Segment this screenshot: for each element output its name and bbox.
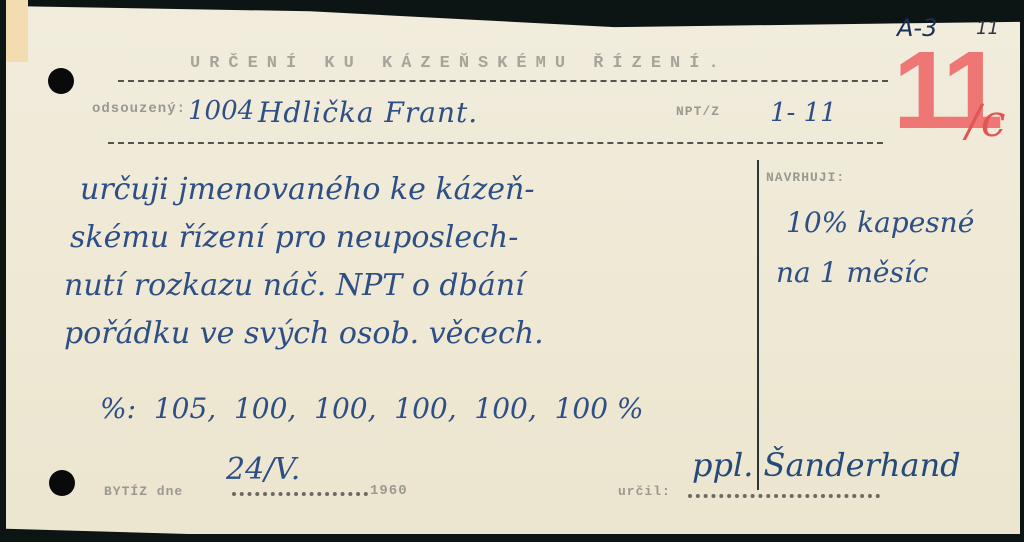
body-line-4: pořádku ve svých osob. věcech.	[64, 316, 544, 351]
date-year: 1960	[370, 483, 408, 499]
paper-tab-strip	[6, 0, 28, 62]
body-line-1: určuji jmenovaného ke kázeň-	[80, 172, 534, 207]
signature: ppl. Šanderhand	[692, 446, 961, 484]
performance-percentages: %: 105, 100, 100, 100, 100, 100 %	[100, 392, 644, 425]
body-line-3: nutí rozkazu náč. NPT o dbání	[64, 268, 525, 303]
unit-value: 1- 11	[770, 98, 837, 128]
date-handwritten: 24/V.	[226, 452, 300, 487]
body-line-2: skému řízení pro neuposlech-	[70, 220, 518, 255]
signer-label: určil:	[618, 484, 671, 499]
red-stamp-suffix: /c	[966, 96, 1005, 147]
proposal-line-2: na 1 měsíc	[776, 256, 928, 289]
convict-label: odsouzený:	[92, 101, 186, 117]
unit-label: NPT/Z	[676, 104, 720, 119]
signature-dotted-line	[688, 494, 880, 498]
punch-hole-bottom	[49, 470, 75, 496]
proposal-line-1: 10% kapesné	[786, 206, 974, 239]
punch-hole-top	[48, 68, 74, 94]
convict-name: Hdlička Frant.	[258, 96, 478, 129]
place-label: BYTÍZ dne	[104, 484, 183, 499]
convict-number: 1004	[188, 96, 254, 126]
proposal-label: NAVRHUJI:	[766, 170, 845, 185]
title-underline	[118, 80, 888, 82]
convict-underline	[108, 142, 883, 144]
column-divider	[757, 160, 759, 490]
document-title: URČENÍ KU KÁZEŇSKÉMU ŘÍZENÍ.	[190, 54, 728, 73]
date-dotted-line	[232, 492, 368, 496]
